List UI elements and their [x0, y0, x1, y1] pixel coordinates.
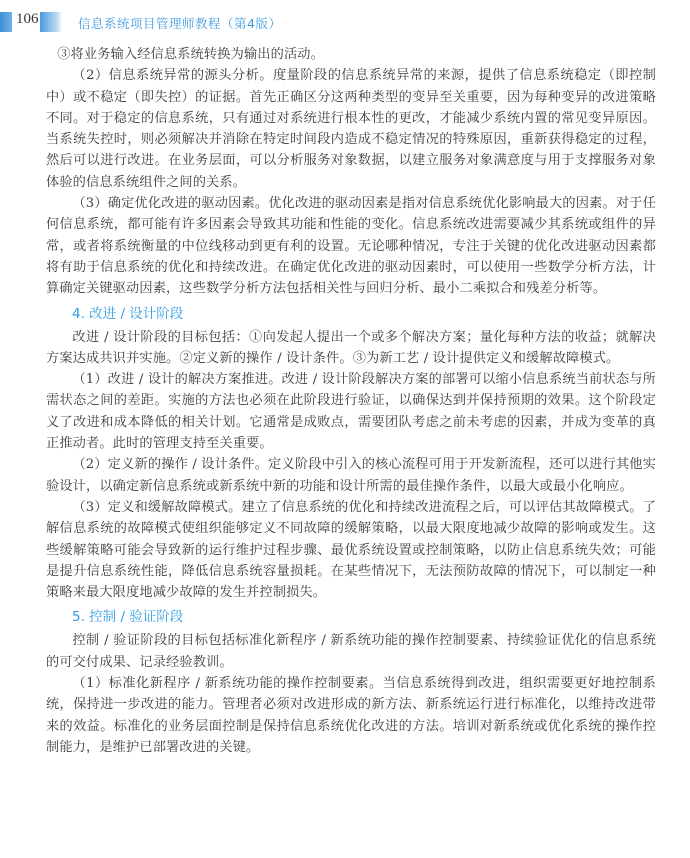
book-title: 信息系统项目管理师教程（第4版）	[78, 14, 281, 32]
page-header: 106 信息系统项目管理师教程（第4版）	[0, 10, 690, 34]
section-heading-improve-design: 4. 改进 / 设计阶段	[46, 304, 656, 324]
paragraph-drivers: （3）确定优化改进的驱动因素。优化改进的驱动因素是指对信息系统优化影响最大的因素…	[46, 193, 656, 299]
paragraph-new-conditions: （2）定义新的操作 / 设计条件。定义阶段中引入的核心流程可用于开发新流程，还可…	[46, 454, 656, 497]
page-body: ③将业务输入经信息系统转换为输出的活动。 （2）信息系统异常的源头分析。度量阶段…	[46, 44, 656, 758]
paragraph-failure-modes: （3）定义和缓解故障模式。建立了信息系统的优化和持续改进流程之后，可以评估其故障…	[46, 497, 656, 603]
section-heading-control-verify: 5. 控制 / 验证阶段	[46, 607, 656, 627]
paragraph-solution-advance: （1）改进 / 设计的解决方案推进。改进 / 设计阶段解决方案的部署可以缩小信息…	[46, 369, 656, 454]
header-accent-block-left	[0, 12, 12, 32]
paragraph-control-goals: 控制 / 验证阶段的目标包括标准化新程序 / 新系统功能的操作控制要素、持续验证…	[46, 630, 656, 673]
header-accent-block-right	[40, 12, 62, 32]
paragraph-standardize: （1）标准化新程序 / 新系统功能的操作控制要素。当信息系统得到改进，组织需要更…	[46, 673, 656, 758]
page-number: 106	[16, 11, 39, 28]
paragraph-item-3: ③将业务输入经信息系统转换为输出的活动。	[46, 44, 656, 65]
paragraph-anomaly-source-analysis: （2）信息系统异常的源头分析。度量阶段的信息系统异常的来源，提供了信息系统稳定（…	[46, 65, 656, 193]
paragraph-improve-goals: 改进 / 设计阶段的目标包括：①向发起人提出一个或多个解决方案；量化每种方法的收…	[46, 327, 656, 370]
